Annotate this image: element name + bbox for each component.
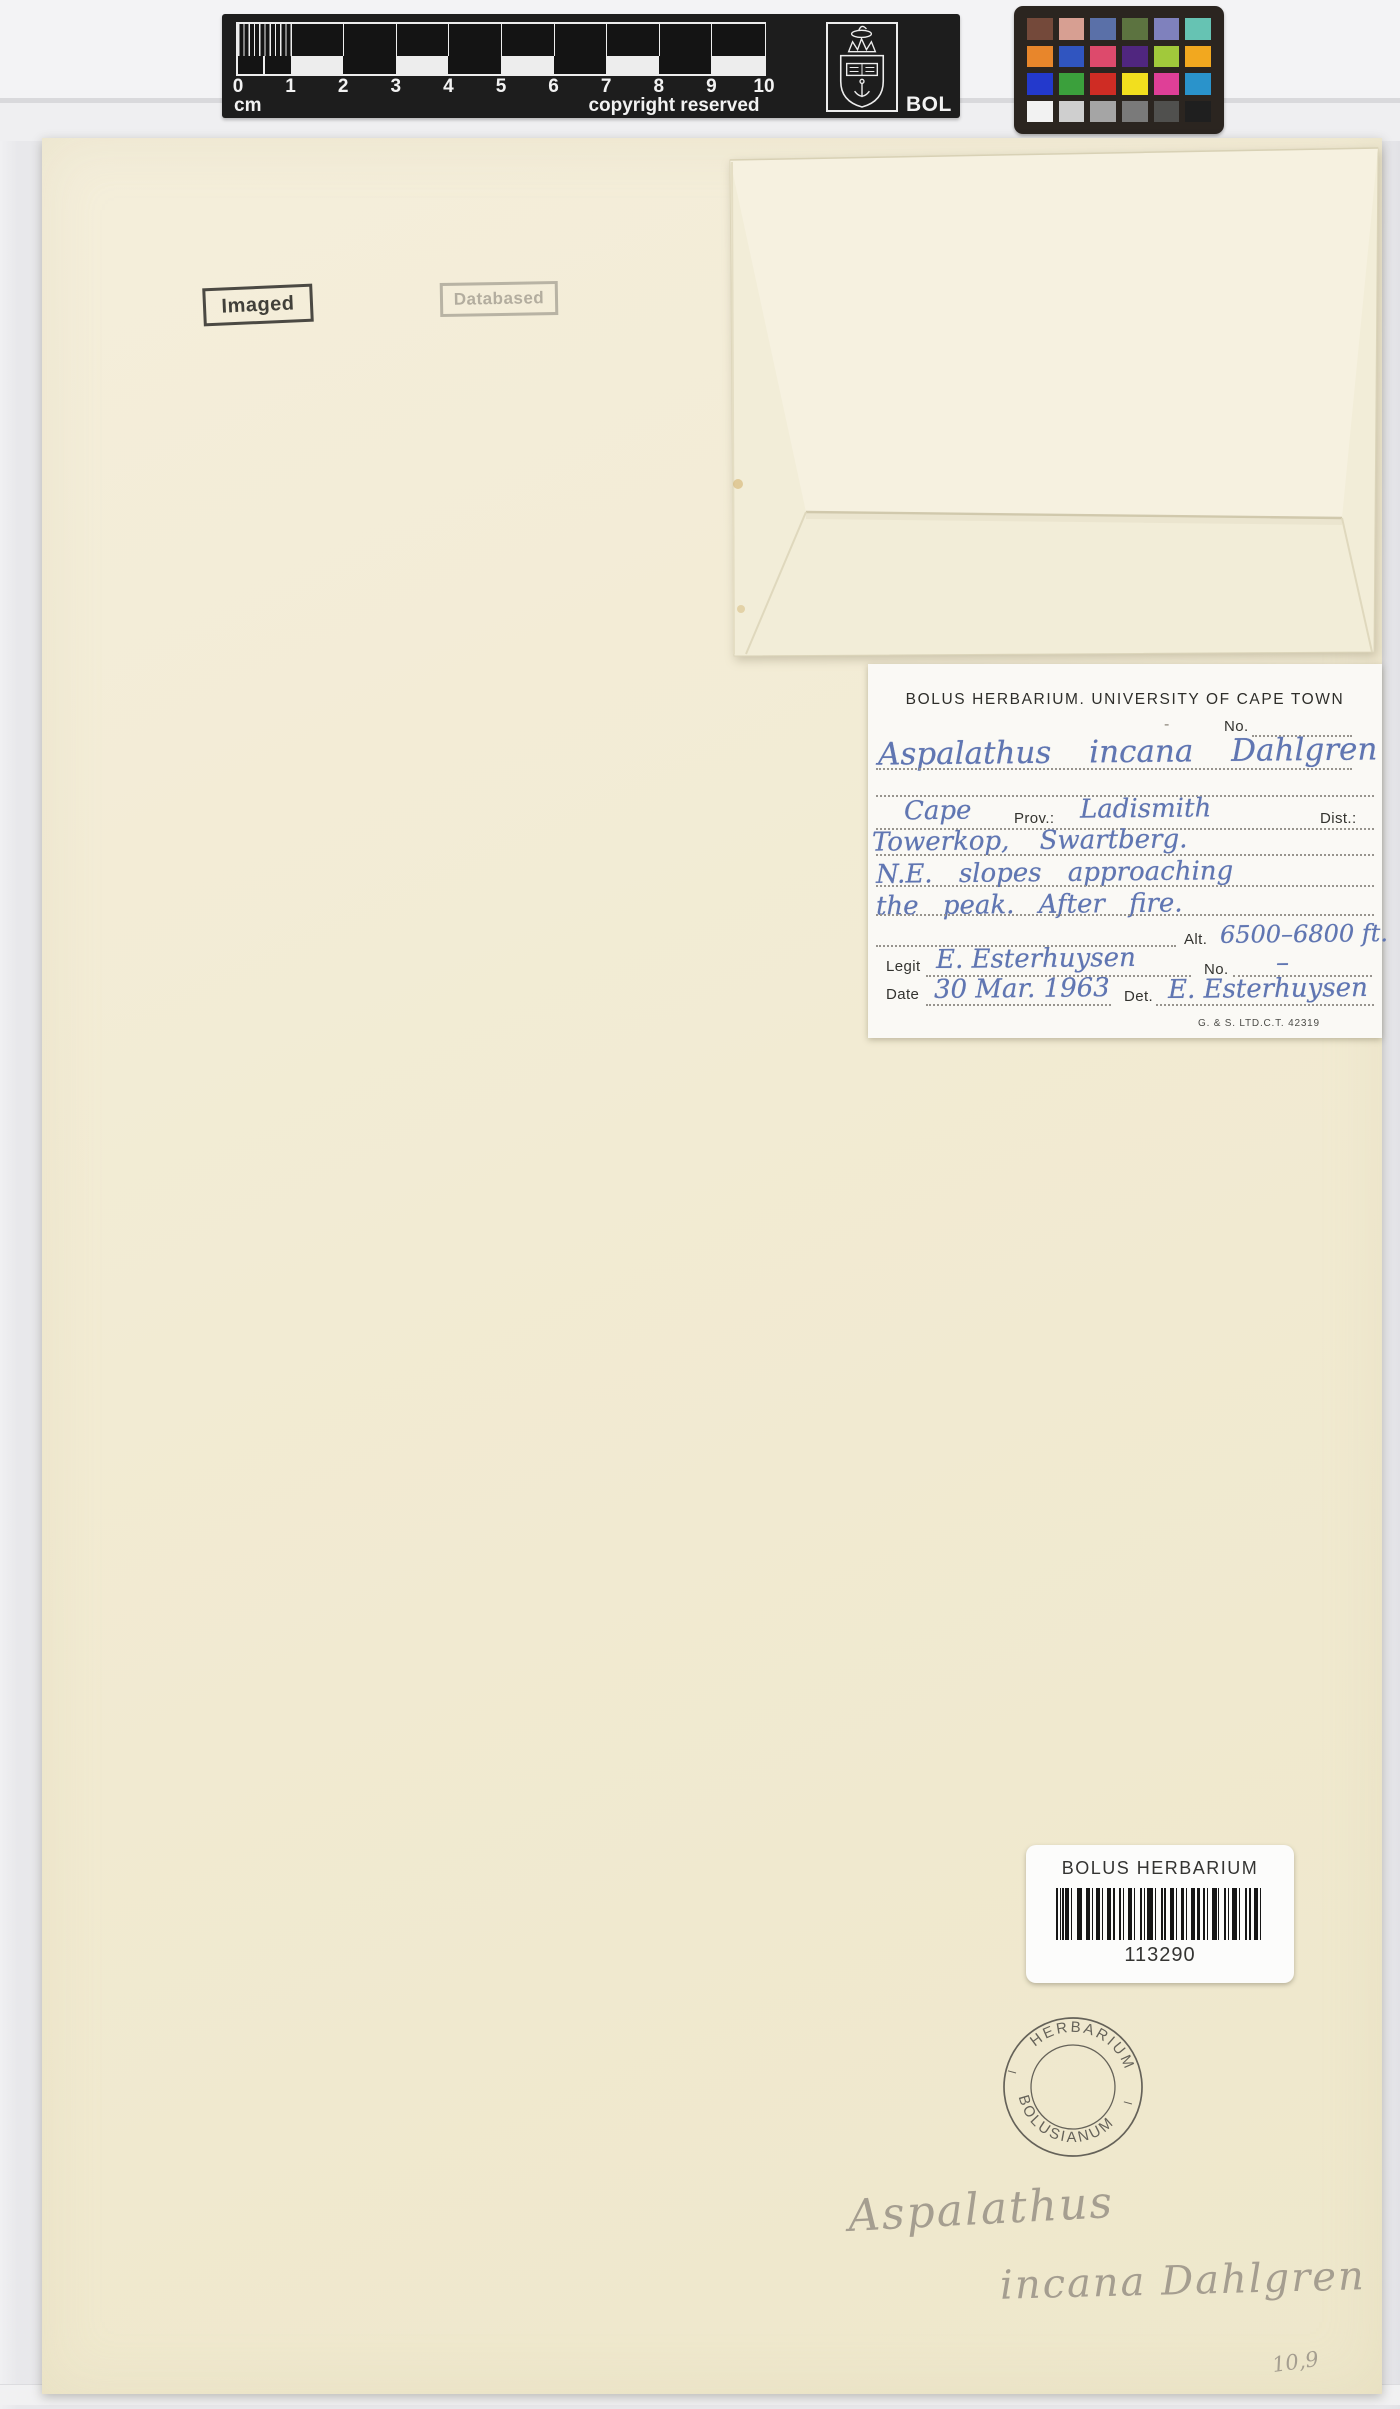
prov-label: Prov.: <box>1014 810 1054 827</box>
scale-cell <box>659 56 712 74</box>
pencil-species-author: incana Dahlgren <box>999 2253 1366 2309</box>
species-name: Aspalathus incana Dahlgren <box>878 731 1378 772</box>
scale-cell <box>238 24 291 56</box>
pencil-number: 10,9 <box>1271 2347 1321 2377</box>
stain-spot <box>733 479 743 489</box>
color-swatch <box>1154 18 1180 40</box>
pencil-mark: - <box>1164 716 1169 734</box>
dotted-rule <box>876 768 1352 770</box>
scale-blocks-top <box>238 24 764 56</box>
uct-crest-icon <box>826 22 898 112</box>
color-swatch <box>1059 18 1085 40</box>
stain-spot <box>737 605 745 613</box>
dist-label: Dist.: <box>1320 810 1357 827</box>
locality-line3: the peak. After fire. <box>876 888 1183 921</box>
photo-scale-bar: 012345678910 cm copyright reserved BOL <box>222 14 960 118</box>
color-swatch <box>1090 46 1116 68</box>
dotted-rule <box>926 1004 1111 1006</box>
pencil-genus: Aspalathus <box>847 2177 1115 2242</box>
scale-cell <box>711 24 765 56</box>
collection-label: BOLUS HERBARIUM. UNIVERSITY OF CAPE TOWN… <box>868 664 1382 1038</box>
date-label: Date <box>886 986 919 1003</box>
scale-cell <box>554 56 607 74</box>
stamp-dash-right: – <box>1122 2093 1137 2112</box>
barcode-label: BOLUS HERBARIUM 113290 <box>1026 1845 1294 1983</box>
imaged-stamp: Imaged <box>202 284 314 327</box>
scale-number: 2 <box>338 76 349 98</box>
dotted-rule <box>1156 1004 1374 1006</box>
locality-line1: Towerkop, Swartberg. <box>872 824 1188 857</box>
herbarium-code: BOL <box>906 93 952 117</box>
herbarium-bolusianum-stamp: HERBARIUM BOLUSIANUM – – <box>981 1995 1165 2179</box>
region-value: Cape <box>904 796 972 827</box>
color-swatch <box>1027 18 1053 40</box>
databased-stamp-text: Databased <box>454 288 545 310</box>
imaged-stamp-text: Imaged <box>221 292 295 318</box>
scale-cell <box>501 24 555 56</box>
dotted-rule <box>876 885 1374 887</box>
legit-label: Legit <box>886 958 921 975</box>
databased-stamp: Databased <box>440 281 559 317</box>
scale-number: 3 <box>391 76 402 98</box>
color-swatch <box>1185 101 1211 123</box>
scale-cell <box>606 24 660 56</box>
color-swatch <box>1027 73 1053 95</box>
scale-cell <box>291 24 345 56</box>
scale-cell <box>659 24 713 56</box>
herbarium-sheet: Imaged Databased BOLUS HERBARIUM. UNIVER… <box>42 138 1382 2394</box>
scale-cell <box>238 56 263 74</box>
color-swatch <box>1090 73 1116 95</box>
printer-mark: G. & S. LTD.C.T. 42319 <box>1198 1018 1320 1029</box>
scale-cell <box>448 24 502 56</box>
color-swatch <box>1122 101 1148 123</box>
color-swatch <box>1122 73 1148 95</box>
scale-cell <box>448 56 501 74</box>
det-label: Det. <box>1124 988 1153 1005</box>
color-swatch <box>1154 46 1180 68</box>
barcode <box>1056 1888 1264 1940</box>
dotted-rule <box>876 914 1374 916</box>
barcode-title: BOLUS HERBARIUM <box>1026 1858 1294 1879</box>
color-swatch <box>1090 18 1116 40</box>
color-swatch <box>1122 18 1148 40</box>
color-swatch-grid <box>1027 18 1211 122</box>
province-value: Ladismith <box>1080 793 1212 824</box>
color-swatch <box>1185 46 1211 68</box>
color-swatch <box>1154 73 1180 95</box>
stamp-top-text: HERBARIUM <box>1024 2006 1146 2076</box>
scale-number: 6 <box>548 76 559 98</box>
color-swatch <box>1027 101 1053 123</box>
altitude-value: 6500–6800 ft. <box>1220 919 1388 949</box>
determiner-value: E. Esterhuysen <box>1168 973 1368 1005</box>
copyright-text: copyright reserved <box>588 95 759 117</box>
color-swatch <box>1059 46 1085 68</box>
scale-number: 5 <box>496 76 507 98</box>
scale-unit-label: cm <box>234 95 261 117</box>
color-swatch <box>1090 101 1116 123</box>
scale-cell <box>343 24 397 56</box>
color-swatch <box>1185 73 1211 95</box>
color-swatch <box>1154 101 1180 123</box>
scale-cell <box>396 24 450 56</box>
stamp-bottom-text: BOLUSIANUM <box>1006 2089 1120 2158</box>
date-value: 30 Mar. 1963 <box>934 973 1110 1005</box>
color-swatch <box>1059 101 1085 123</box>
scale-cell <box>343 56 396 74</box>
label-header: BOLUS HERBARIUM. UNIVERSITY OF CAPE TOWN <box>868 691 1382 709</box>
color-checker-card <box>1014 6 1224 134</box>
seed-envelope <box>718 144 1382 658</box>
alt-label: Alt. <box>1184 931 1207 948</box>
scale-number: 1 <box>285 76 296 98</box>
collector-value: E. Esterhuysen <box>936 943 1136 975</box>
scale-checkerboard <box>236 22 766 76</box>
scale-blocks-bottom <box>238 56 764 74</box>
scale-cell <box>265 56 290 74</box>
color-swatch <box>1027 46 1053 68</box>
scale-number: 4 <box>443 76 454 98</box>
barcode-number: 113290 <box>1026 1944 1294 1967</box>
scale-cell <box>554 24 608 56</box>
color-swatch <box>1059 73 1085 95</box>
scale-numbers: 012345678910 <box>238 76 778 96</box>
color-swatch <box>1122 46 1148 68</box>
dotted-rule <box>876 854 1374 856</box>
color-swatch <box>1185 18 1211 40</box>
